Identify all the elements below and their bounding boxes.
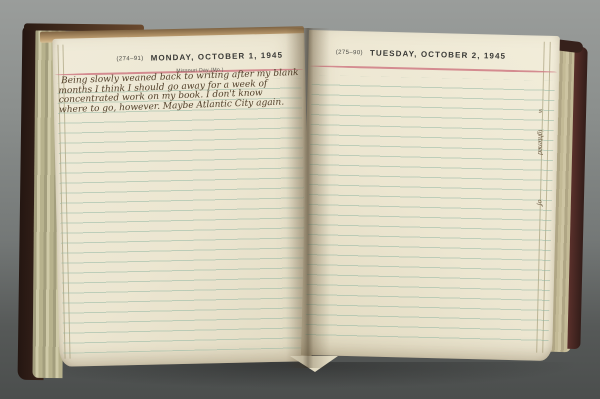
right-page-header: (275–90)TUESDAY, OCTOBER 2, 1945 — [308, 41, 559, 65]
right-page: (275–90)TUESDAY, OCTOBER 2, 1945 s ighte… — [301, 30, 560, 361]
right-page-date-title: TUESDAY, OCTOBER 2, 1945 — [370, 48, 506, 60]
left-page-number: (274–91) — [116, 56, 143, 63]
fore-edge-ink-mark: s — [539, 108, 542, 114]
fore-edge-ink-mark: of — [537, 199, 543, 205]
date-rule-line — [310, 65, 557, 73]
book-shadow — [26, 362, 574, 388]
ruled-lines — [57, 78, 307, 353]
ruled-lines — [305, 75, 554, 348]
photo-background: (274–91)MONDAY, OCTOBER 1, 1945 Missouri… — [0, 0, 600, 399]
left-page: (274–91)MONDAY, OCTOBER 1, 1945 Missouri… — [52, 33, 311, 367]
left-page-date-title: MONDAY, OCTOBER 1, 1945 — [151, 51, 284, 63]
fore-edge-ink-mark: ightened — [537, 130, 544, 155]
right-page-number: (275–90) — [336, 50, 363, 57]
